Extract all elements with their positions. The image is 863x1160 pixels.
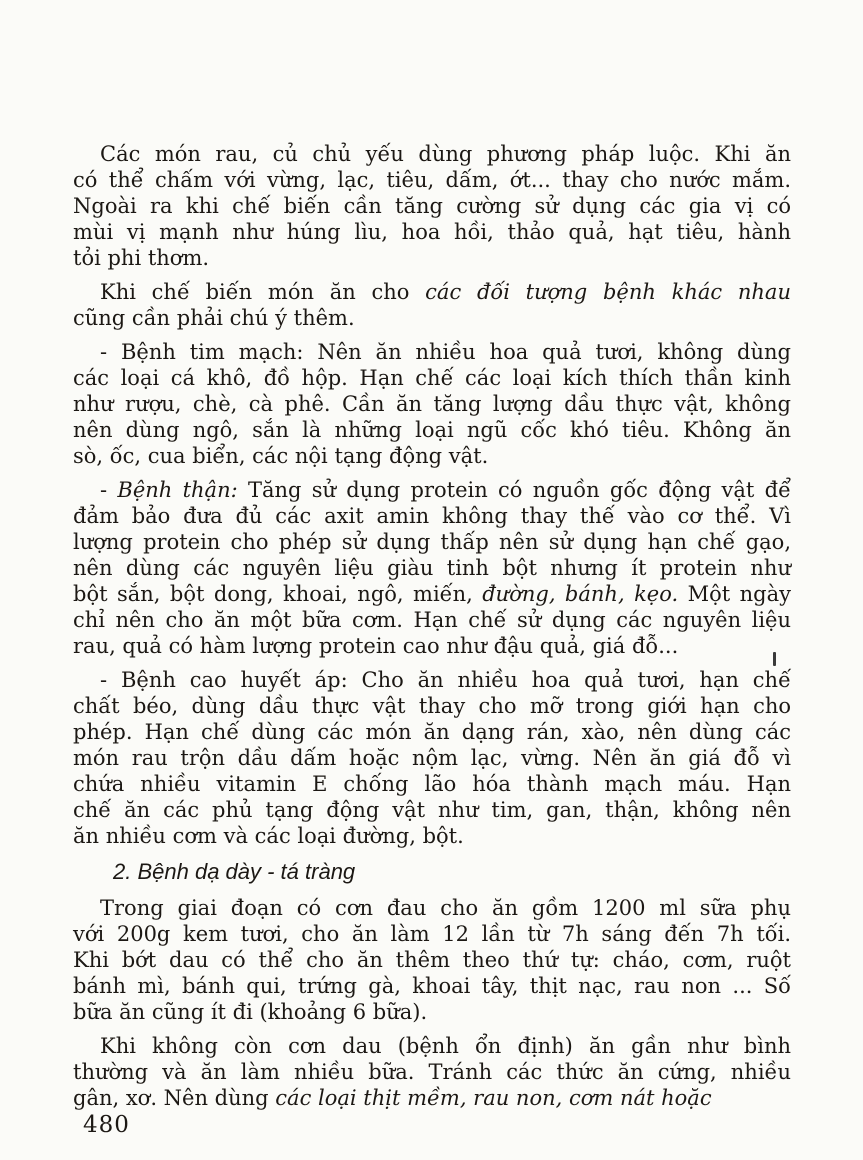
text-segment: món rau trộn dầu dấm hoặc nộm lạc, vừng.… bbox=[73, 746, 791, 770]
scanned-book-page: Các món rau, củ chủ yếu dùng phương pháp… bbox=[0, 0, 863, 1160]
italic-text-segment: đường, bánh, kẹo. bbox=[482, 582, 678, 606]
text-line: Các món rau, củ chủ yếu dùng phương pháp… bbox=[73, 141, 791, 167]
text-line: như rượu, chè, cà phê. Cần ăn tăng lượng… bbox=[73, 391, 791, 417]
text-segment: bữa ăn cũng ít đi (khoảng 6 bữa). bbox=[73, 1000, 427, 1024]
text-line: có thể chấm với vừng, lạc, tiêu, dấm, ớt… bbox=[73, 167, 791, 193]
text-line: sò, ốc, cua biển, các nội tạng động vật. bbox=[73, 443, 791, 469]
text-line: Trong giai đoạn có cơn đau cho ăn gồm 12… bbox=[73, 895, 791, 921]
text-line: với 200g kem tươi, cho ăn làm 12 lần từ … bbox=[73, 921, 791, 947]
paragraph: - Bệnh cao huyết áp: Cho ăn nhiều hoa qu… bbox=[73, 667, 791, 849]
text-segment: Ngoài ra khi chế biến cần tăng cường sử … bbox=[73, 194, 791, 218]
text-segment: nên dùng ngô, sắn là những loại ngũ cốc … bbox=[73, 418, 791, 442]
text-segment: các loại cá khô, đồ hộp. Hạn chế các loạ… bbox=[73, 366, 791, 390]
italic-text-segment: Bệnh thận: bbox=[117, 478, 237, 502]
text-line: cũng cần phải chú ý thêm. bbox=[73, 305, 791, 331]
italic-text-segment: các loại thịt mềm, rau non, cơm nát hoặc bbox=[275, 1086, 711, 1110]
text-segment: rau, quả có hàm lượng protein cao như đậ… bbox=[73, 634, 678, 658]
text-line: tỏi phi thơm. bbox=[73, 245, 791, 271]
text-line: bột sắn, bột dong, khoai, ngô, miến, đườ… bbox=[73, 581, 791, 607]
text-segment: sò, ốc, cua biển, các nội tạng động vật. bbox=[73, 444, 488, 468]
paragraph: Trong giai đoạn có cơn đau cho ăn gồm 12… bbox=[73, 895, 791, 1025]
text-line: chỉ nên cho ăn một bữa cơm. Hạn chế sử d… bbox=[73, 607, 791, 633]
text-line: - Bệnh tim mạch: Nên ăn nhiều hoa quả tư… bbox=[73, 339, 791, 365]
section-heading: 2. Bệnh dạ dày - tá tràng bbox=[73, 857, 791, 887]
text-segment: với 200g kem tươi, cho ăn làm 12 lần từ … bbox=[73, 922, 791, 946]
text-segment: - bbox=[100, 478, 117, 502]
text-segment: cũng cần phải chú ý thêm. bbox=[73, 306, 355, 330]
text-segment: - Bệnh tim mạch: Nên ăn nhiều hoa quả tư… bbox=[100, 340, 791, 364]
text-segment: chỉ nên cho ăn một bữa cơm. Hạn chế sử d… bbox=[73, 608, 791, 632]
text-segment: bánh mì, bánh qui, trứng gà, khoai tây, … bbox=[73, 974, 791, 998]
text-line: phép. Hạn chế dùng các món ăn dạng rán, … bbox=[73, 719, 791, 745]
text-segment: Khi bớt dau có thể cho ăn thêm theo thứ … bbox=[73, 948, 791, 972]
paragraph: Khi không còn cơn dau (bệnh ổn định) ăn … bbox=[73, 1033, 791, 1111]
text-line: chứa nhiều vitamin E chống lão hóa thành… bbox=[73, 771, 791, 797]
text-segment: Tăng sử dụng protein có nguồn gốc động v… bbox=[238, 478, 791, 502]
text-line: Khi bớt dau có thể cho ăn thêm theo thứ … bbox=[73, 947, 791, 973]
text-line: Ngoài ra khi chế biến cần tăng cường sử … bbox=[73, 193, 791, 219]
text-line: nên dùng ngô, sắn là những loại ngũ cốc … bbox=[73, 417, 791, 443]
paragraph: - Bệnh thận: Tăng sử dụng protein có ngu… bbox=[73, 477, 791, 659]
paragraph: - Bệnh tim mạch: Nên ăn nhiều hoa quả tư… bbox=[73, 339, 791, 469]
text-segment: đảm bảo đưa đủ các axit amin không thay … bbox=[73, 504, 791, 528]
text-segment: có thể chấm với vừng, lạc, tiêu, dấm, ớt… bbox=[73, 168, 791, 192]
scan-artifact-mark bbox=[773, 652, 776, 666]
text-line: nên dùng các nguyên liệu giàu tinh bột n… bbox=[73, 555, 791, 581]
text-line: Khi không còn cơn dau (bệnh ổn định) ăn … bbox=[73, 1033, 791, 1059]
text-segment: - Bệnh cao huyết áp: Cho ăn nhiều hoa qu… bbox=[100, 668, 791, 692]
text-segment: chế ăn các phủ tạng động vật như tim, ga… bbox=[73, 798, 791, 822]
page-number: 480 bbox=[83, 1112, 130, 1138]
text-line: thường và ăn làm nhiều bữa. Tránh các th… bbox=[73, 1059, 791, 1085]
text-line: đảm bảo đưa đủ các axit amin không thay … bbox=[73, 503, 791, 529]
text-segment: Một ngày bbox=[678, 582, 791, 606]
text-line: ăn nhiều cơm và các loại đường, bột. bbox=[73, 823, 791, 849]
text-line: - Bệnh thận: Tăng sử dụng protein có ngu… bbox=[73, 477, 791, 503]
text-line: các loại cá khô, đồ hộp. Hạn chế các loạ… bbox=[73, 365, 791, 391]
text-segment: Khi chế biến món ăn cho bbox=[100, 280, 425, 304]
text-line: món rau trộn dầu dấm hoặc nộm lạc, vừng.… bbox=[73, 745, 791, 771]
text-block: Các món rau, củ chủ yếu dùng phương pháp… bbox=[73, 141, 791, 1111]
text-segment: tỏi phi thơm. bbox=[73, 246, 209, 270]
text-line: bánh mì, bánh qui, trứng gà, khoai tây, … bbox=[73, 973, 791, 999]
paragraph: Các món rau, củ chủ yếu dùng phương pháp… bbox=[73, 141, 791, 271]
paragraph: Khi chế biến món ăn cho các đối tượng bệ… bbox=[73, 279, 791, 331]
text-line: lượng protein cho phép sử dụng thấp nên … bbox=[73, 529, 791, 555]
text-segment: Trong giai đoạn có cơn đau cho ăn gồm 12… bbox=[100, 896, 791, 920]
italic-text-segment: các đối tượng bệnh khác nhau bbox=[425, 280, 791, 304]
text-segment: ăn nhiều cơm và các loại đường, bột. bbox=[73, 824, 464, 848]
text-line: rau, quả có hàm lượng protein cao như đậ… bbox=[73, 633, 791, 659]
text-line: - Bệnh cao huyết áp: Cho ăn nhiều hoa qu… bbox=[73, 667, 791, 693]
text-segment: Khi không còn cơn dau (bệnh ổn định) ăn … bbox=[100, 1034, 791, 1058]
text-segment: Các món rau, củ chủ yếu dùng phương pháp… bbox=[100, 142, 791, 166]
text-segment: bột sắn, bột dong, khoai, ngô, miến, bbox=[73, 582, 482, 606]
text-line: chế ăn các phủ tạng động vật như tim, ga… bbox=[73, 797, 791, 823]
text-segment: thường và ăn làm nhiều bữa. Tránh các th… bbox=[73, 1060, 791, 1084]
text-segment: chứa nhiều vitamin E chống lão hóa thành… bbox=[73, 772, 791, 796]
text-line: chất béo, dùng dầu thực vật thay cho mỡ … bbox=[73, 693, 791, 719]
text-line: gân, xơ. Nên dùng các loại thịt mềm, rau… bbox=[73, 1085, 791, 1111]
text-segment: phép. Hạn chế dùng các món ăn dạng rán, … bbox=[73, 720, 791, 744]
text-segment: mùi vị mạnh như húng lìu, hoa hồi, thảo … bbox=[73, 220, 791, 244]
text-line: mùi vị mạnh như húng lìu, hoa hồi, thảo … bbox=[73, 219, 791, 245]
text-segment: nên dùng các nguyên liệu giàu tinh bột n… bbox=[73, 556, 791, 580]
text-segment: lượng protein cho phép sử dụng thấp nên … bbox=[73, 530, 791, 554]
text-segment: chất béo, dùng dầu thực vật thay cho mỡ … bbox=[73, 694, 791, 718]
text-line: bữa ăn cũng ít đi (khoảng 6 bữa). bbox=[73, 999, 791, 1025]
text-segment: như rượu, chè, cà phê. Cần ăn tăng lượng… bbox=[73, 392, 791, 416]
text-line: Khi chế biến món ăn cho các đối tượng bệ… bbox=[73, 279, 791, 305]
text-segment: gân, xơ. Nên dùng bbox=[73, 1086, 275, 1110]
